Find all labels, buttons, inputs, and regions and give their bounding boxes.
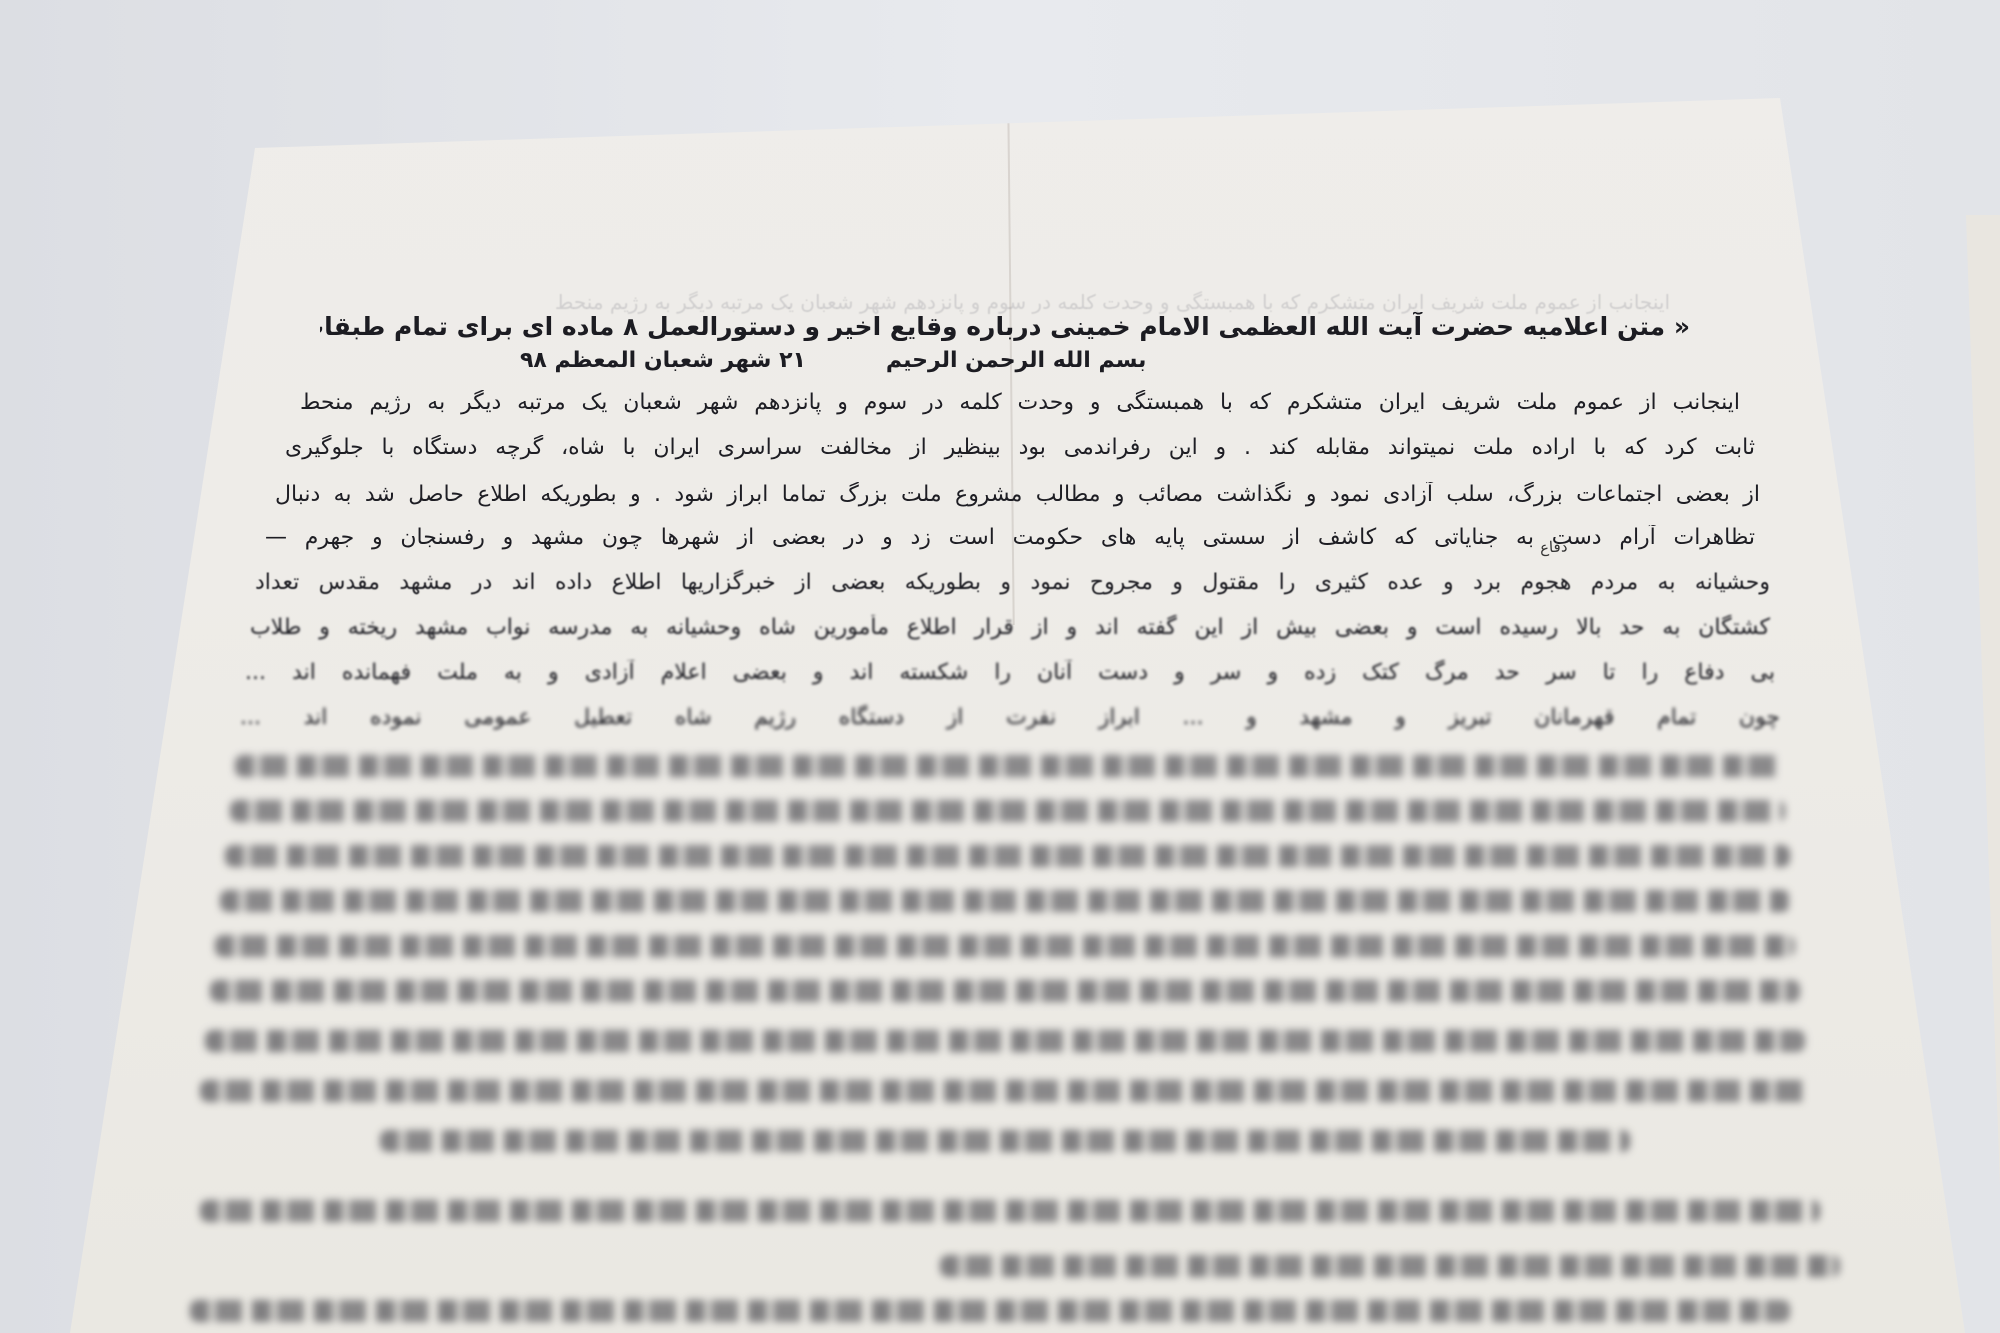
blurred-line (215, 935, 1795, 957)
blurred-line (220, 890, 1790, 912)
blurred-line (225, 845, 1790, 867)
blurred-line (230, 800, 1785, 822)
blurred-text-region (0, 0, 2000, 1333)
blurred-line (190, 1300, 1790, 1322)
blurred-line (235, 755, 1785, 777)
blurred-line (940, 1255, 1840, 1277)
blurred-line (200, 1200, 1820, 1222)
blurred-line (210, 980, 1800, 1002)
blurred-line (200, 1080, 1810, 1102)
document-paper: اینجانب از عموم ملت شریف ایران متشکرم که… (0, 0, 2000, 1333)
blurred-line (205, 1030, 1805, 1052)
blurred-line (380, 1130, 1630, 1152)
